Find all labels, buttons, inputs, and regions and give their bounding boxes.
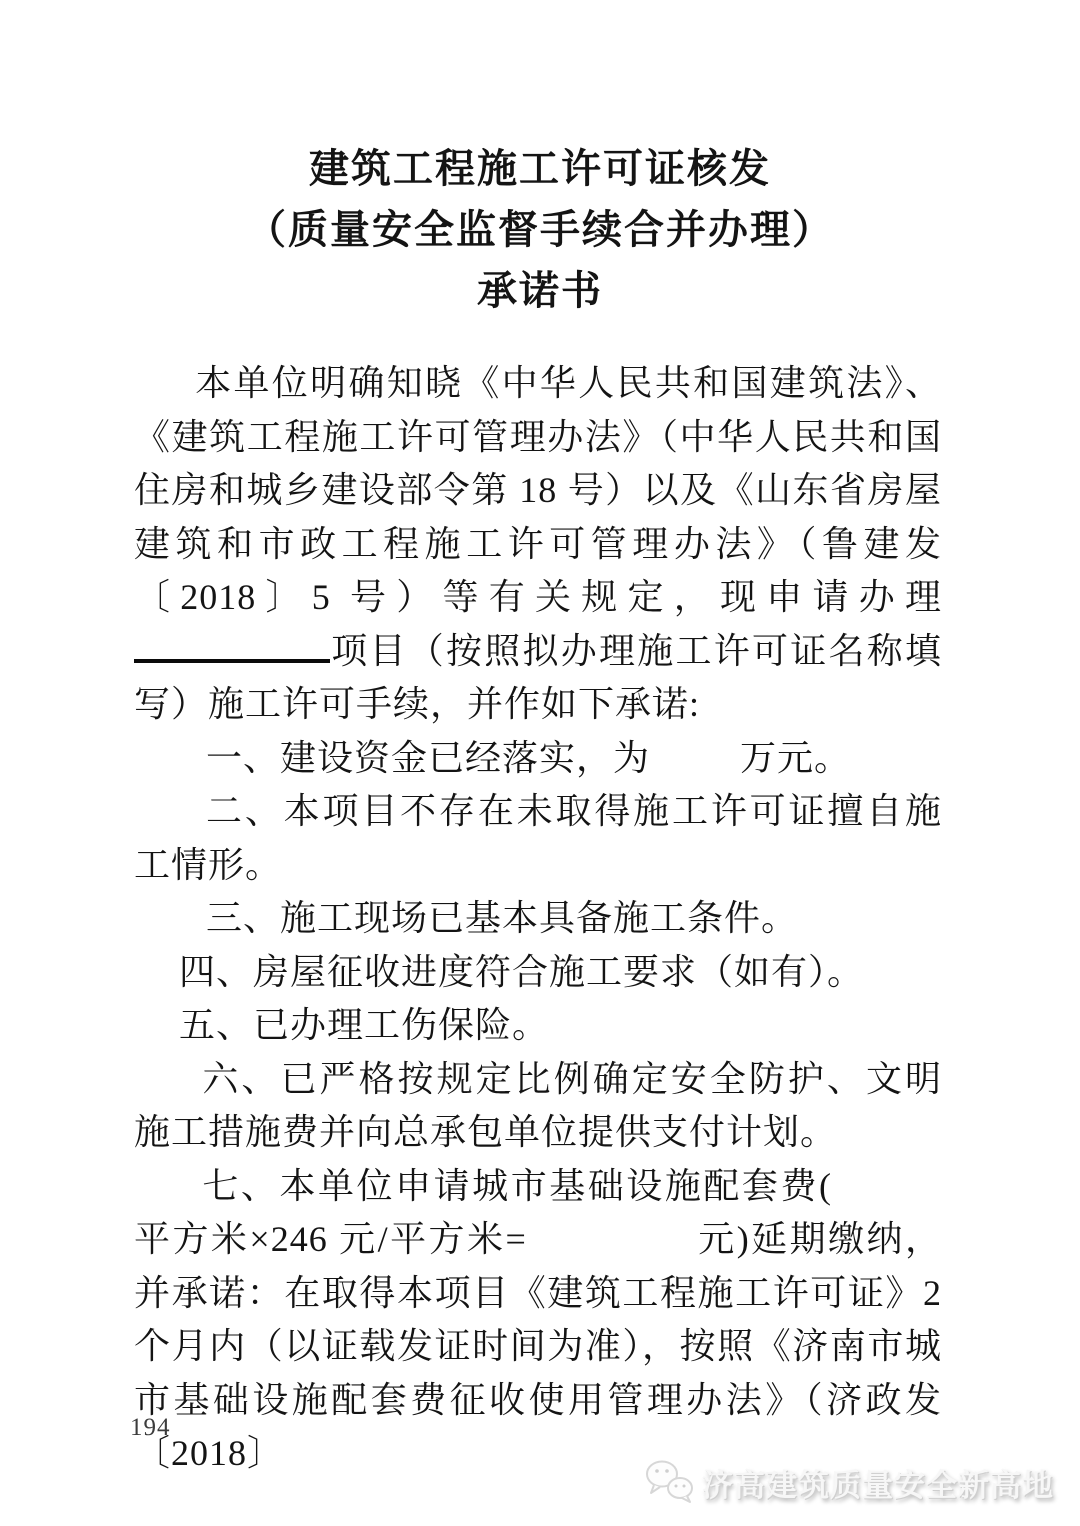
intro-text-before-blank: 本单位明确知晓《中华人民共和国建筑法》、《建筑工程施工许可管理办法》（中华人民共… <box>134 363 942 617</box>
fill-in-blank-line <box>134 657 330 663</box>
commitment-item-2: 二、本项目不存在未取得施工许可证擅自施工情形。 <box>134 785 942 892</box>
title-line-3: 承诺书 <box>0 260 1080 321</box>
wechat-icon <box>644 1458 696 1506</box>
intro-text-after-blank: 项目（按照拟办理施工许可证名称填写）施工许可手续，并作如下承诺: <box>134 631 942 725</box>
item-7-text-before-gap-1: 七、本单位申请城市基础设施配套费( <box>202 1166 832 1206</box>
item-1-text-before-gap: 一、建设资金已经落实，为 <box>206 738 650 778</box>
commitment-item-4: 四、房屋征收进度符合施工要求（如有）。 <box>134 946 942 1000</box>
watermark-label: 济高建筑质量安全新高地 <box>702 1460 1054 1505</box>
item-7-text-between-gaps: 平方米×246 元/平方米= <box>134 1219 527 1259</box>
intro-paragraph: 本单位明确知晓《中华人民共和国建筑法》、《建筑工程施工许可管理办法》（中华人民共… <box>134 357 942 732</box>
page-number: 194 <box>130 1414 171 1442</box>
commitment-item-6: 六、已严格按规定比例确定安全防护、文明施工措施费并向总承包单位提供支付计划。 <box>134 1053 942 1160</box>
document-page: 建筑工程施工许可证核发 （质量安全监督手续合并办理） 承诺书 本单位明确知晓《中… <box>0 0 1080 1526</box>
item-1-text-after-gap: 万元。 <box>740 738 851 778</box>
commitment-item-7: 七、本单位申请城市基础设施配套费(平方米×246 元/平方米=元)延期缴纳，并承… <box>134 1160 942 1481</box>
title-line-2: （质量安全监督手续合并办理） <box>0 199 1080 260</box>
commitment-item-1: 一、建设资金已经落实，为万元。 <box>134 732 942 786</box>
watermark: 济高建筑质量安全新高地 <box>644 1458 1054 1506</box>
commitment-item-3: 三、施工现场已基本具备施工条件。 <box>134 892 942 946</box>
document-title: 建筑工程施工许可证核发 （质量安全监督手续合并办理） 承诺书 <box>0 138 1080 321</box>
title-line-1: 建筑工程施工许可证核发 <box>0 138 1080 199</box>
commitment-item-5: 五、已办理工伤保险。 <box>134 999 942 1053</box>
document-body: 本单位明确知晓《中华人民共和国建筑法》、《建筑工程施工许可管理办法》（中华人民共… <box>134 357 942 1481</box>
